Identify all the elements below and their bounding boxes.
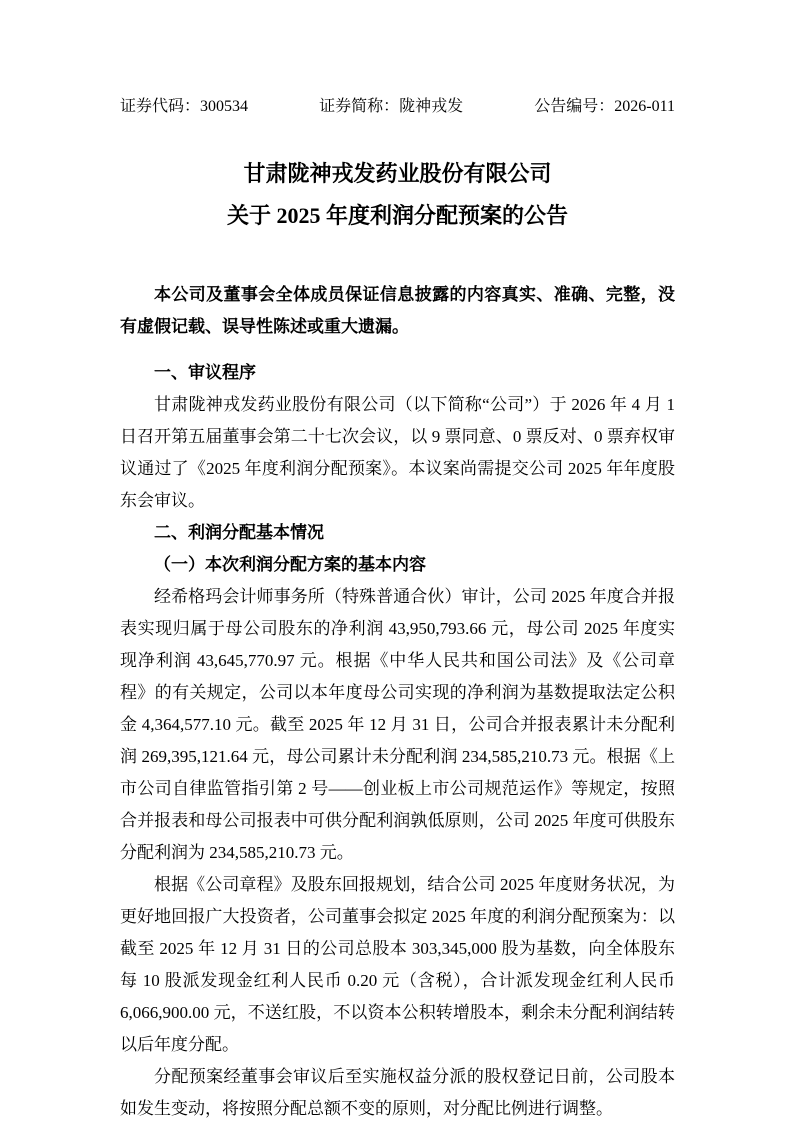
stock-code-label: 证券代码：300534 (120, 96, 248, 118)
stock-short-name-label: 证券简称：陇神戎发 (319, 96, 463, 118)
announcement-number-label: 公告编号：2026-011 (534, 96, 675, 118)
announcement-document-page: 证券代码：300534 证券简称：陇神戎发 公告编号：2026-011 甘肃陇神… (0, 0, 793, 1122)
announcement-title: 关于 2025 年度利润分配预案的公告 (120, 202, 675, 229)
document-body: 一、审议程序 甘肃陇神戎发药业股份有限公司（以下简称“公司”）于 2026 年 … (120, 357, 675, 1122)
paragraph-board-meeting-approval: 甘肃陇神戎发药业股份有限公司（以下简称“公司”）于 2026 年 4 月 1 日… (120, 389, 675, 517)
board-disclaimer-statement: 本公司及董事会全体成员保证信息披露的内容真实、准确、完整，没有虚假记载、误导性陈… (120, 279, 675, 343)
company-name-title: 甘肃陇神戎发药业股份有限公司 (120, 160, 675, 187)
paragraph-audited-profit-figures: 经希格玛会计师事务所（特殊普通合伙）审计，公司 2025 年度合并报表实现归属于… (120, 581, 675, 869)
subsection-heading-plan-basic-content: （一）本次利润分配方案的基本内容 (120, 549, 675, 581)
paragraph-dividend-plan-details: 根据《公司章程》及股东回报规划，结合公司 2025 年度财务状况，为更好地回报广… (120, 869, 675, 1061)
section-heading-review-procedure: 一、审议程序 (120, 357, 675, 389)
section-heading-profit-distribution-overview: 二、利润分配基本情况 (120, 517, 675, 549)
document-header: 证券代码：300534 证券简称：陇神戎发 公告编号：2026-011 (120, 96, 675, 118)
paragraph-share-capital-adjustment-rule: 分配预案经董事会审议后至实施权益分派的股权登记日前，公司股本如发生变动，将按照分… (120, 1061, 675, 1122)
